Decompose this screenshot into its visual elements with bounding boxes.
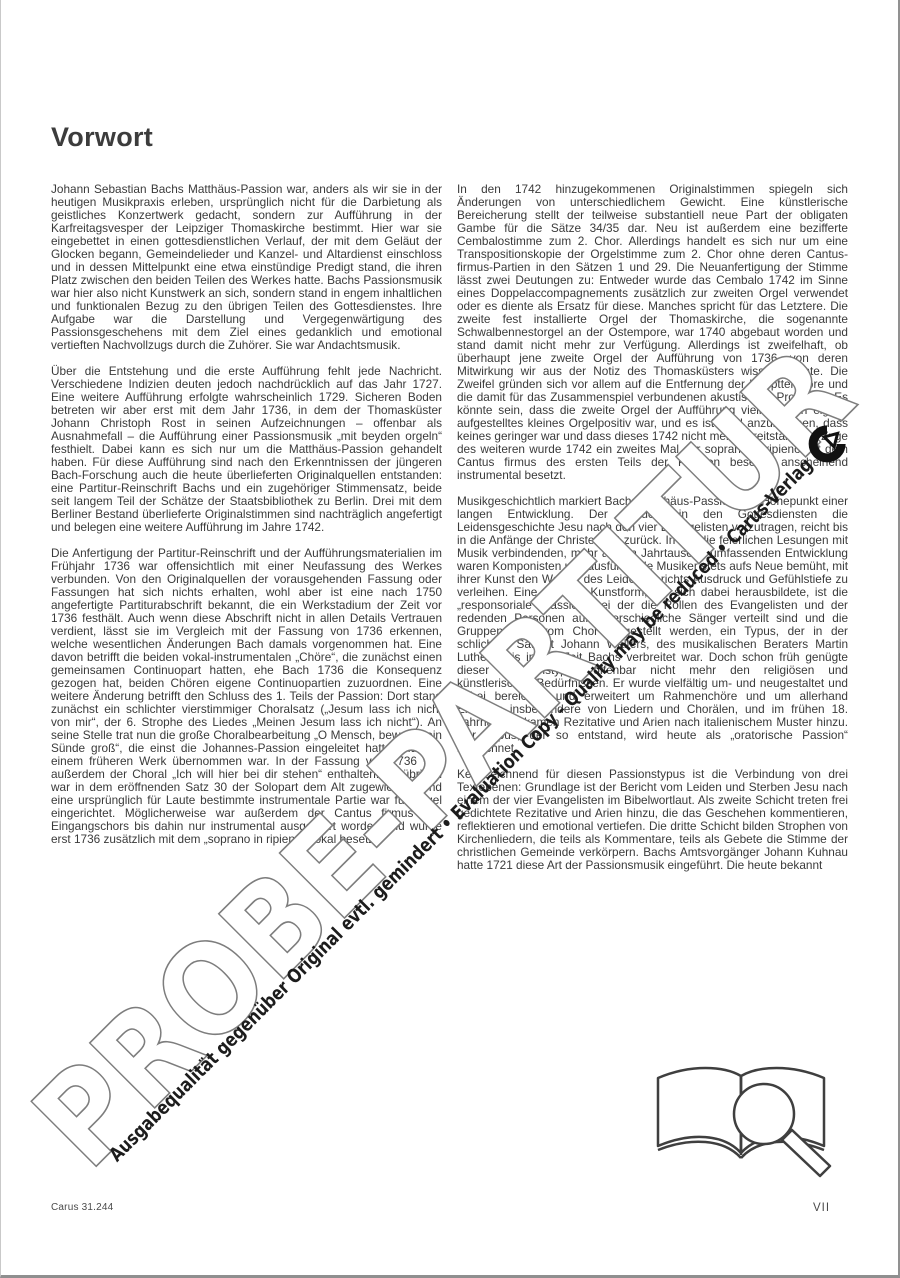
- page-title: Vorwort: [51, 122, 153, 153]
- paragraph: Musikgeschichtlich markiert Bachs Matthä…: [457, 495, 848, 755]
- paragraph: Über die Entstehung und die erste Auffüh…: [51, 365, 442, 534]
- body-columns: Johann Sebastian Bachs Matthäus-Passion …: [51, 183, 849, 885]
- paragraph: Johann Sebastian Bachs Matthäus-Passion …: [51, 183, 442, 352]
- footer-catalog-number: Carus 31.244: [51, 1202, 113, 1213]
- paragraph: Die Anfertigung der Partitur-Reinschrift…: [51, 547, 442, 846]
- document-page: Vorwort Johann Sebastian Bachs Matthäus-…: [0, 0, 900, 1278]
- book-magnifier-icon: [646, 1058, 846, 1188]
- paragraph: In den 1742 hinzugekommenen Originalstim…: [457, 183, 848, 482]
- left-column: Johann Sebastian Bachs Matthäus-Passion …: [51, 183, 442, 885]
- right-column: In den 1742 hinzugekommenen Originalstim…: [457, 183, 848, 885]
- paragraph: Kennzeichnend für diesen Passionstypus i…: [457, 768, 848, 872]
- footer-page-number: VII: [813, 1202, 830, 1214]
